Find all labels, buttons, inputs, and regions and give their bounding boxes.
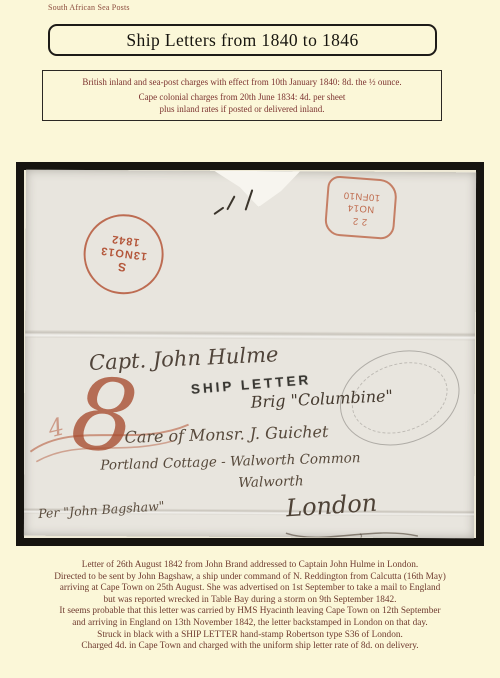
collection-header: South African Sea Posts [48,3,130,12]
manuscript-city: London [285,489,378,523]
pen-stroke [226,195,235,210]
caption-line: Letter of 26th August 1842 from John Bra… [0,560,500,572]
caption-line: but was reported wrecked in Table Bay du… [0,595,500,607]
caption-line: and arriving in England on 13th November… [0,618,500,630]
charges-line-1: British inland and sea-post charges with… [82,77,401,87]
city-flourish [282,523,422,538]
manuscript-addressee: Capt. John Hulme [89,342,279,375]
cover-frame: S 13NO13 1842 2 2 NO14 10FN10 [16,162,484,546]
caption-line: Charged 4d. in Cape Town and charged wit… [0,641,500,653]
charges-line-3: plus inland rates if posted or delivered… [160,104,325,114]
manuscript-routing: Per "John Bagshaw" [38,498,165,521]
charges-box: British inland and sea-post charges with… [42,70,442,121]
cds-index-letter: S [117,260,127,275]
transit-tombstone-stamp: 2 2 NO14 10FN10 [324,175,398,240]
caption-line: It seems probable that this letter was c… [0,606,500,618]
manuscript-town: Walworth [238,473,304,491]
title-box: Ship Letters from 1840 to 1846 [48,24,437,56]
caption-block: Letter of 26th August 1842 from John Bra… [0,560,500,653]
charge-8-mark: 8 [66,362,142,469]
exhibit-page: South African Sea Posts Ship Letters fro… [0,0,500,678]
tombstone-line: NO14 [347,200,375,215]
cover-photo: S 13NO13 1842 2 2 NO14 10FN10 [24,170,476,539]
fold-crease [25,330,475,341]
charges-line-2: Cape colonial charges from 20th June 183… [139,92,346,102]
london-cds-stamp: S 13NO13 1842 [79,209,169,299]
caption-line: arriving at Cape Town on 25th August. Sh… [0,583,500,595]
pen-stroke [213,207,224,215]
page-title: Ship Letters from 1840 to 1846 [126,30,358,51]
caption-line: Struck in black with a SHIP LETTER hand-… [0,630,500,642]
torn-paper-patch [214,171,300,208]
tombstone-line: 2 2 [352,214,368,228]
tombstone-line: 10FN10 [343,187,381,203]
caption-line: Directed to be sent by John Bagshaw, a s… [0,572,500,584]
